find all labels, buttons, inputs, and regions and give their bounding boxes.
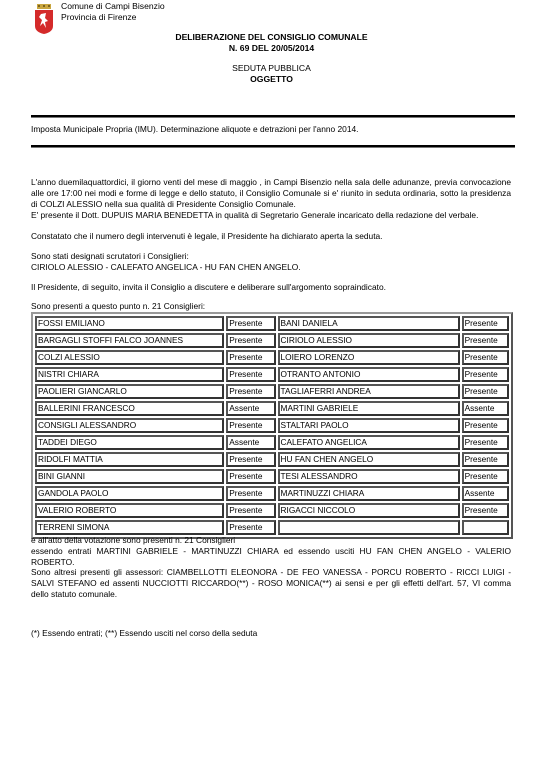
attendance-status: Assente xyxy=(462,486,509,501)
document-title: DELIBERAZIONE DEL CONSIGLIO COMUNALE xyxy=(0,32,543,43)
councillor-name: MARTINUZZI CHIARA xyxy=(278,486,460,501)
table-row: BALLERINI FRANCESCOAssenteMARTINI GABRIE… xyxy=(35,401,509,416)
roll-call-table: FOSSI EMILIANOPresenteBANI DANIELAPresen… xyxy=(31,312,513,539)
attendance-status: Presente xyxy=(462,418,509,433)
table-row: BARGAGLI STOFFI FALCO JOANNESPresenteCIR… xyxy=(35,333,509,348)
councillor-name: STALTARI PAOLO xyxy=(278,418,460,433)
attendance-status: Presente xyxy=(462,333,509,348)
councillor-name: COLZI ALESSIO xyxy=(35,350,224,365)
councillor-name: GANDOLA PAOLO xyxy=(35,486,224,501)
attendance-status: Presente xyxy=(462,503,509,518)
organization-header: Comune di Campi Bisenzio Provincia di Fi… xyxy=(61,1,165,23)
councillor-name: BANI DANIELA xyxy=(278,316,460,331)
table-row: TADDEI DIEGOAssenteCALEFATO ANGELICAPres… xyxy=(35,435,509,450)
councillor-name: MARTINI GABRIELE xyxy=(278,401,460,416)
councillor-name: CALEFATO ANGELICA xyxy=(278,435,460,450)
divider-top xyxy=(31,115,515,118)
table-row: COLZI ALESSIOPresenteLOIERO LORENZOPrese… xyxy=(35,350,509,365)
attendance-status: Assente xyxy=(462,401,509,416)
assessors-paragraph: Sono altresi presenti gli assessori: CIA… xyxy=(31,567,511,599)
subject-text: Imposta Municipale Propria (IMU). Determ… xyxy=(31,124,358,135)
attendance-status: Presente xyxy=(462,350,509,365)
attendance-status: Presente xyxy=(462,469,509,484)
divider-bottom xyxy=(31,145,515,148)
attendance-status xyxy=(462,520,509,535)
attendance-status: Presente xyxy=(226,520,275,535)
table-row: NISTRI CHIARAPresenteOTRANTO ANTONIOPres… xyxy=(35,367,509,382)
attendance-status: Presente xyxy=(226,486,275,501)
vote-count: e all'atto della votazione sono presenti… xyxy=(31,535,511,546)
councillor-name: TESI ALESSANDRO xyxy=(278,469,460,484)
table-row: GANDOLA PAOLOPresenteMARTINUZZI CHIARAAs… xyxy=(35,486,509,501)
attendance-status: Assente xyxy=(226,435,275,450)
councillor-name: BARGAGLI STOFFI FALCO JOANNES xyxy=(35,333,224,348)
attendance-status: Presente xyxy=(226,316,275,331)
attendance-status: Presente xyxy=(226,367,275,382)
councillor-name: TADDEI DIEGO xyxy=(35,435,224,450)
councillor-name: BINI GIANNI xyxy=(35,469,224,484)
subject-label: OGGETTO xyxy=(0,74,543,85)
session-type: SEDUTA PUBBLICA xyxy=(0,63,543,74)
table-row: TERRENI SIMONAPresente xyxy=(35,520,509,535)
councillor-name: HU FAN CHEN ANGELO xyxy=(278,452,460,467)
scrutineers-names: CIRIOLO ALESSIO - CALEFATO ANGELICA - HU… xyxy=(31,262,511,273)
attendance-status: Presente xyxy=(226,452,275,467)
table-row: BINI GIANNIPresenteTESI ALESSANDROPresen… xyxy=(35,469,509,484)
table-row: VALERIO ROBERTOPresenteRIGACCI NICCOLOPr… xyxy=(35,503,509,518)
table-row: FOSSI EMILIANOPresenteBANI DANIELAPresen… xyxy=(35,316,509,331)
attendance-status: Presente xyxy=(462,435,509,450)
councillor-name: RIDOLFI MATTIA xyxy=(35,452,224,467)
councillor-name: TERRENI SIMONA xyxy=(35,520,224,535)
attendance-status: Presente xyxy=(462,384,509,399)
table-row: PAOLIERI GIANCARLOPresenteTAGLIAFERRI AN… xyxy=(35,384,509,399)
invite-paragraph: Il Presidente, di seguito, invita il Con… xyxy=(31,282,511,293)
attendance-status: Presente xyxy=(462,316,509,331)
attendance-status: Presente xyxy=(462,452,509,467)
attendance-status: Presente xyxy=(226,503,275,518)
councillor-name: LOIERO LORENZO xyxy=(278,350,460,365)
intro-paragraph: L'anno duemilaquattordici, il giorno ven… xyxy=(31,177,511,209)
present-count: Sono presenti a questo punto n. 21 Consi… xyxy=(31,301,511,312)
councillor-name: PAOLIERI GIANCARLO xyxy=(35,384,224,399)
councillor-name xyxy=(278,520,460,535)
attendance-status: Presente xyxy=(226,350,275,365)
table-row: RIDOLFI MATTIAPresenteHU FAN CHEN ANGELO… xyxy=(35,452,509,467)
coat-of-arms-icon xyxy=(34,4,54,34)
councillor-name: RIGACCI NICCOLO xyxy=(278,503,460,518)
entered-exited-paragraph: essendo entrati MARTINI GABRIELE - MARTI… xyxy=(31,546,511,568)
scrutineers-label: Sono stati designati scrutatori i Consig… xyxy=(31,251,511,262)
attendance-status: Presente xyxy=(226,469,275,484)
attendance-status: Presente xyxy=(226,333,275,348)
councillor-name: CONSIGLI ALESSANDRO xyxy=(35,418,224,433)
province-name: Provincia di Firenze xyxy=(61,12,165,23)
secretary-paragraph: E' presente il Dott. DUPUIS MARIA BENEDE… xyxy=(31,210,511,221)
quorum-paragraph: Constatato che il numero degli intervenu… xyxy=(31,231,511,242)
councillor-name: CIRIOLO ALESSIO xyxy=(278,333,460,348)
document-number-date: N. 69 DEL 20/05/2014 xyxy=(0,43,543,54)
municipality-name: Comune di Campi Bisenzio xyxy=(61,1,165,12)
attendance-status: Presente xyxy=(226,384,275,399)
councillor-name: FOSSI EMILIANO xyxy=(35,316,224,331)
councillor-name: BALLERINI FRANCESCO xyxy=(35,401,224,416)
attendance-status: Presente xyxy=(462,367,509,382)
attendance-status: Presente xyxy=(226,418,275,433)
councillor-name: TAGLIAFERRI ANDREA xyxy=(278,384,460,399)
councillor-name: VALERIO ROBERTO xyxy=(35,503,224,518)
councillor-name: OTRANTO ANTONIO xyxy=(278,367,460,382)
footnote: (*) Essendo entrati; (**) Essendo usciti… xyxy=(31,628,511,639)
attendance-status: Assente xyxy=(226,401,275,416)
councillor-name: NISTRI CHIARA xyxy=(35,367,224,382)
table-row: CONSIGLI ALESSANDROPresenteSTALTARI PAOL… xyxy=(35,418,509,433)
